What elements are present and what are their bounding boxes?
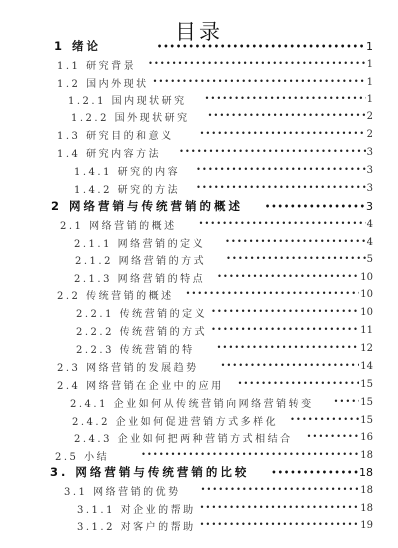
toc-leader-dots: ••••••••••••••••••••••••••••••••••••••••…: [265, 198, 365, 214]
toc-entry-label: 2.2.3 传统营销的特: [76, 341, 195, 356]
toc-entry-page-number: 2: [367, 111, 373, 122]
toc-entry-label: 2.1.1 网络营销的定义: [74, 235, 205, 250]
toc-entry-page-number: 5: [367, 254, 373, 265]
toc-entry-label: 3. 网络营销与传统营销的比较: [50, 464, 249, 480]
toc-entry-page-number: 1: [367, 94, 373, 105]
toc-entry[interactable]: 2.3 网络营销的发展趋势•••••••••••••••••••••••••••…: [57, 358, 373, 374]
toc-entry-label: 1.2.1 国内现状研究: [68, 92, 187, 107]
toc-entry[interactable]: 1.2.1 国内现状研究••••••••••••••••••••••••••••…: [68, 91, 373, 107]
toc-entry[interactable]: 1.1 研究背景••••••••••••••••••••••••••••••••…: [57, 56, 373, 72]
toc-entry-label: 1.4.2 研究的方法: [74, 181, 180, 196]
toc-entry-page-number: 3: [366, 200, 373, 213]
toc-entry[interactable]: 2.4.2 企业如何促进营销方式多样化•••••••••••••••••••••…: [72, 412, 373, 428]
toc-leader-dots: ••••••••••••••••••••••••••••••••••••••••…: [141, 447, 359, 463]
toc-entry[interactable]: 2.1 网络营销的概述•••••••••••••••••••••••••••••…: [60, 216, 373, 232]
toc-entry-label: 2.4.2 企业如何促进营销方式多样化: [72, 413, 278, 428]
toc-leader-dots: ••••••••••••••••••••••••••••••••••••••••…: [148, 56, 366, 72]
toc-entry[interactable]: 2.2.1 传统营销的定义•••••••••••••••••••••••••••…: [76, 304, 373, 320]
toc-entry-label: 1.1 研究背景: [57, 57, 136, 72]
toc-entry-label: 2.1 网络营销的概述: [60, 217, 177, 232]
toc-entry[interactable]: 2.1.3 网络营销的特点•••••••••••••••••••••••••••…: [74, 269, 373, 285]
toc-entry[interactable]: 2.2 传统营销的概述•••••••••••••••••••••••••••••…: [57, 286, 373, 302]
toc-entry[interactable]: 2.2.3 传统营销的特••••••••••••••••••••••••••••…: [76, 340, 373, 356]
toc-leader-dots: ••••••••••••••••••••••••••••••••••••••••…: [225, 234, 366, 250]
toc-entry[interactable]: 2.4.3 企业如何把两种营销方式相结合••••••••••••••••••••…: [74, 429, 373, 445]
toc-leader-dots: ••••••••••••••••••••••••••••••••••••••••…: [221, 358, 360, 374]
toc-entry-label: 2 网络营销与传统营销的概述: [51, 198, 243, 214]
toc-entry[interactable]: 3.1 网络营销的优势•••••••••••••••••••••••••••••…: [64, 482, 373, 498]
toc-leader-dots: ••••••••••••••••••••••••••••••••••••••••…: [307, 429, 360, 445]
toc-entry-page-number: 3: [367, 165, 373, 176]
toc-leader-dots: ••••••••••••••••••••••••••••••••••••••••…: [211, 322, 359, 338]
toc-leader-dots: ••••••••••••••••••••••••••••••••••••••••…: [196, 180, 366, 196]
toc-entry-label: 1.2 国内外现状: [57, 75, 149, 90]
toc-entry-page-number: 3: [367, 147, 373, 158]
toc-entry-page-number: 2: [367, 129, 373, 140]
toc-entry-page-number: 12: [360, 343, 373, 354]
toc-leader-dots: ••••••••••••••••••••••••••••••••••••••••…: [200, 126, 366, 142]
toc-entry[interactable]: 3.1.1 对企业的帮助••••••••••••••••••••••••••••…: [77, 500, 373, 516]
toc-entry-page-number: 16: [360, 432, 373, 443]
toc-leader-dots: ••••••••••••••••••••••••••••••••••••••••…: [334, 394, 360, 410]
toc-leader-dots: ••••••••••••••••••••••••••••••••••••••••…: [200, 500, 360, 516]
toc-entry-page-number: 4: [367, 237, 373, 248]
toc-entry[interactable]: 1.4 研究内容方法••••••••••••••••••••••••••••••…: [57, 144, 373, 160]
toc-leader-dots: ••••••••••••••••••••••••••••••••••••••••…: [199, 216, 366, 232]
toc-entry-page-number: 19: [360, 520, 373, 531]
toc-entry-label: 3.1.1 对企业的帮助: [77, 501, 196, 516]
toc-entry-page-number: 18: [360, 503, 373, 514]
toc-leader-dots: ••••••••••••••••••••••••••••••••••••••••…: [238, 376, 360, 392]
toc-leader-dots: ••••••••••••••••••••••••••••••••••••••••…: [271, 464, 358, 480]
toc-entry-label: 2.3 网络营销的发展趋势: [57, 359, 199, 374]
toc-entry[interactable]: 2.1.1 网络营销的定义•••••••••••••••••••••••••••…: [74, 234, 373, 250]
toc-entry-label: 1.3 研究目的和意义: [57, 127, 174, 142]
toc-leader-dots: ••••••••••••••••••••••••••••••••••••••••…: [200, 517, 360, 533]
toc-leader-dots: ••••••••••••••••••••••••••••••••••••••••…: [201, 482, 360, 498]
toc-entry[interactable]: 1 绪论••••••••••••••••••••••••••••••••••••…: [54, 38, 373, 54]
toc-entry-label: 1.4 研究内容方法: [57, 145, 161, 160]
toc-entry-label: 2.1.3 网络营销的特点: [74, 270, 205, 285]
toc-entry-label: 1 绪论: [54, 38, 101, 54]
toc-entry[interactable]: 2.1.2 网络营销的方式•••••••••••••••••••••••••••…: [75, 251, 373, 267]
toc-leader-dots: ••••••••••••••••••••••••••••••••••••••••…: [208, 108, 366, 124]
toc-entry-page-number: 1: [367, 59, 373, 70]
toc-entry-label: 2.2.2 传统营销的方式: [76, 323, 207, 338]
toc-entry-label: 2.4.3 企业如何把两种营销方式相结合: [74, 430, 293, 445]
toc-entry-page-number: 10: [360, 272, 373, 283]
toc-entry-page-number: 4: [367, 219, 373, 230]
toc-entry[interactable]: 1.4.2 研究的方法•••••••••••••••••••••••••••••…: [74, 180, 373, 196]
toc-leader-dots: ••••••••••••••••••••••••••••••••••••••••…: [290, 412, 359, 428]
toc-leader-dots: ••••••••••••••••••••••••••••••••••••••••…: [217, 340, 360, 356]
toc-entry-page-number: 3: [367, 183, 373, 194]
toc-entry[interactable]: 2.2.2 传统营销的方式•••••••••••••••••••••••••••…: [76, 322, 373, 338]
toc-entry-page-number: 1: [366, 40, 373, 53]
toc-entry-label: 2.4.1 企业如何从传统营销向网络营销转变: [70, 395, 314, 410]
toc-entry-page-number: 14: [360, 361, 373, 372]
toc-leader-dots: ••••••••••••••••••••••••••••••••••••••••…: [205, 91, 366, 107]
toc-entry-label: 1.4.1 研究的内容: [74, 163, 180, 178]
toc-entry-page-number: 18: [360, 485, 373, 496]
toc-entry-page-number: 15: [360, 415, 373, 426]
toc-leader-dots: ••••••••••••••••••••••••••••••••••••••••…: [196, 162, 366, 178]
toc-entry-label: 2.5 小结: [55, 448, 109, 463]
toc-entry[interactable]: 2.4.1 企业如何从传统营销向网络营销转变••••••••••••••••••…: [70, 394, 373, 410]
toc-entry[interactable]: 1.2.2 国外现状研究••••••••••••••••••••••••••••…: [71, 108, 373, 124]
toc-leader-dots: ••••••••••••••••••••••••••••••••••••••••…: [211, 304, 359, 320]
toc-entry[interactable]: 2.5 小结••••••••••••••••••••••••••••••••••…: [55, 447, 373, 463]
toc-entry-label: 2.2 传统营销的概述: [57, 287, 174, 302]
toc-leader-dots: ••••••••••••••••••••••••••••••••••••••••…: [217, 269, 359, 285]
toc-entry-page-number: 15: [360, 397, 373, 408]
toc-entry[interactable]: 1.2 国内外现状•••••••••••••••••••••••••••••••…: [57, 74, 373, 90]
toc-entry-page-number: 18: [360, 450, 373, 461]
toc-entry-page-number: 15: [360, 379, 373, 390]
toc-entry[interactable]: 2.4 网络营销在企业中的应用•••••••••••••••••••••••••…: [57, 376, 373, 392]
toc-entry-label: 1.2.2 国外现状研究: [71, 109, 190, 124]
toc-entry[interactable]: 2 网络营销与传统营销的概述••••••••••••••••••••••••••…: [51, 198, 373, 214]
toc-leader-dots: ••••••••••••••••••••••••••••••••••••••••…: [226, 251, 366, 267]
toc-entry-page-number: 11: [360, 325, 373, 336]
toc-entry[interactable]: 1.4.1 研究的内容•••••••••••••••••••••••••••••…: [74, 162, 373, 178]
toc-entry-page-number: 10: [360, 289, 373, 300]
toc-entry-label: 2.4 网络营销在企业中的应用: [57, 377, 224, 392]
toc-entry-label: 3.1 网络营销的优势: [64, 483, 181, 498]
toc-leader-dots: ••••••••••••••••••••••••••••••••••••••••…: [186, 286, 360, 302]
toc-entry-page-number: 1: [367, 77, 373, 88]
toc-entry[interactable]: 1.3 研究目的和意义•••••••••••••••••••••••••••••…: [57, 126, 373, 142]
toc-leader-dots: ••••••••••••••••••••••••••••••••••••••••…: [179, 144, 366, 160]
toc-entry-label: 2.1.2 网络营销的方式: [75, 252, 206, 267]
toc-entry-page-number: 10: [360, 307, 373, 318]
toc-leader-dots: ••••••••••••••••••••••••••••••••••••••••…: [153, 74, 366, 90]
toc-entry[interactable]: 3.1.2 对客户的帮助••••••••••••••••••••••••••••…: [77, 517, 373, 533]
toc-leader-dots: ••••••••••••••••••••••••••••••••••••••••…: [157, 38, 365, 54]
toc-entry-page-number: 18: [359, 466, 373, 479]
toc-entry[interactable]: 3. 网络营销与传统营销的比较•••••••••••••••••••••••••…: [50, 464, 373, 480]
toc-entry-label: 3.1.2 对客户的帮助: [77, 518, 196, 533]
toc-entry-label: 2.2.1 传统营销的定义: [76, 305, 207, 320]
